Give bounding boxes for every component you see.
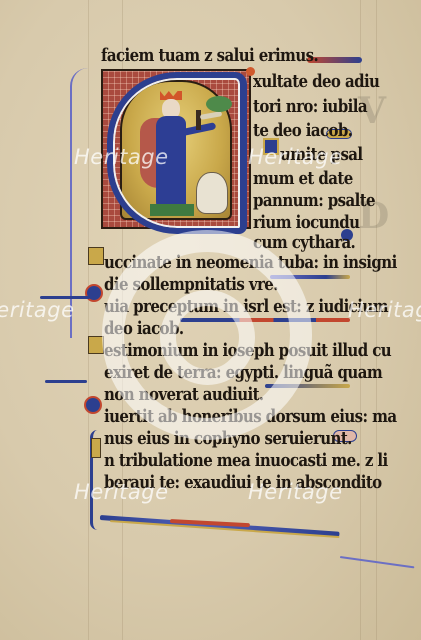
text-line: xultate deo adiu xyxy=(253,71,379,92)
gold-initial-I xyxy=(91,438,101,458)
text-line: n tribulatione mea inuocasti me. z li xyxy=(104,450,388,471)
text-line: tori nro: iubila xyxy=(253,96,367,117)
initial-flourish-bar xyxy=(45,380,87,383)
watermark-text: Heritage xyxy=(74,480,169,504)
text-line: mum et date xyxy=(253,168,353,189)
watermark-text: Heritage xyxy=(348,298,421,322)
gold-initial-B xyxy=(88,247,104,265)
text-line: pannum: psalte xyxy=(253,190,375,211)
watermark-logo-ring-inner xyxy=(160,290,255,385)
text-line: te deo iacob. xyxy=(253,120,352,141)
watermark-text: Heritage xyxy=(74,145,169,169)
small-initial-Q xyxy=(85,284,103,302)
bottom-bar-tail xyxy=(340,556,415,568)
watermark-text: Heritage xyxy=(0,298,75,322)
watermark-text: Heritage xyxy=(248,145,343,169)
text-line: faciem tuam z salui erimus. xyxy=(101,45,318,66)
text-line: rium iocundu xyxy=(253,212,359,233)
watermark-text: Heritage xyxy=(248,480,343,504)
small-initial-D xyxy=(84,396,102,414)
manuscript-page: V D faciem tuam z salui erimus. xult xyxy=(0,0,421,640)
